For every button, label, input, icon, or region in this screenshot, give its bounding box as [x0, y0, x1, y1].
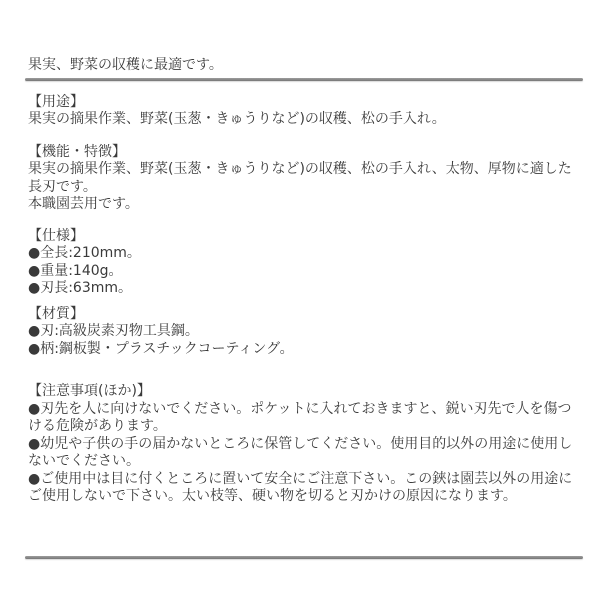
section-features-line: 果実の摘果作業、野菜(玉葱・きゅうりなど)の収穫、松の手入れ、太物、厚物に適した…: [28, 161, 583, 196]
section-features-heading: 【機能・特徴】: [28, 144, 583, 162]
intro-text: 果実、野菜の収穫に最適です。: [28, 57, 583, 75]
spec-blade-length: ●刃長:63mm。: [28, 280, 583, 298]
note-item: ●刃先を人に向けないでください。ポケットに入れておきますと、鋭い刃先で人を傷つけ…: [28, 401, 583, 436]
section-usage-line: 果実の摘果作業、野菜(玉葱・きゅうりなど)の収穫、松の手入れ。: [28, 111, 583, 129]
product-description-page: 果実、野菜の収穫に最適です。 【用途】 果実の摘果作業、野菜(玉葱・きゅうりなど…: [0, 0, 600, 600]
section-notes: 【注意事項(ほか)】 ●刃先を人に向けないでください。ポケットに入れておきますと…: [28, 383, 583, 506]
section-notes-heading: 【注意事項(ほか)】: [28, 383, 583, 401]
section-usage: 【用途】 果実の摘果作業、野菜(玉葱・きゅうりなど)の収穫、松の手入れ。: [28, 94, 583, 129]
section-features-line: 本職園芸用です。: [28, 196, 583, 214]
section-usage-heading: 【用途】: [28, 94, 583, 112]
section-material: 【材質】 ●刃:高級炭素刃物工具鋼。 ●柄:鋼板製・プラスチックコーティング。: [28, 306, 583, 359]
section-material-heading: 【材質】: [28, 306, 583, 324]
note-item: ●幼児や子供の手の届かないところに保管してください。使用目的以外の用途に使用しな…: [28, 436, 583, 471]
section-features: 【機能・特徴】 果実の摘果作業、野菜(玉葱・きゅうりなど)の収穫、松の手入れ、太…: [28, 144, 583, 214]
spec-weight: ●重量:140g。: [28, 263, 583, 281]
material-blade: ●刃:高級炭素刃物工具鋼。: [28, 323, 583, 341]
top-divider: [25, 78, 583, 81]
section-specs-heading: 【仕様】: [28, 228, 583, 246]
section-specs: 【仕様】 ●全長:210mm。 ●重量:140g。 ●刃長:63mm。: [28, 228, 583, 298]
material-handle: ●柄:鋼板製・プラスチックコーティング。: [28, 341, 583, 359]
note-item: ●ご使用中は目に付くところに置いて安全にご注意下さい。この鋏は園芸以外の用途にご…: [28, 471, 583, 506]
spec-total-length: ●全長:210mm。: [28, 245, 583, 263]
bottom-divider: [25, 556, 583, 559]
